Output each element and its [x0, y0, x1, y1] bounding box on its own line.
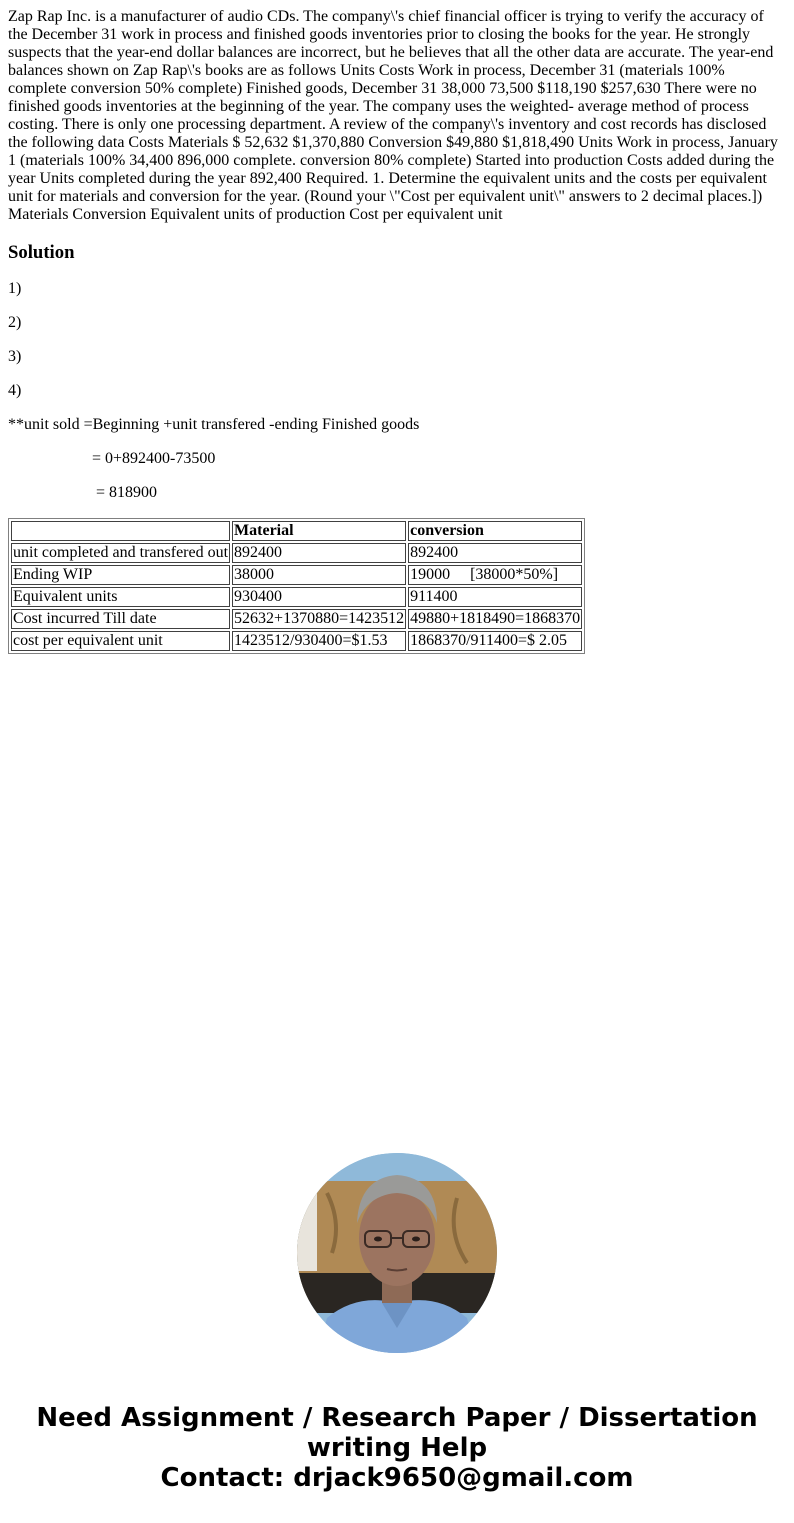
question-text: Zap Rap Inc. is a manufacturer of audio … [8, 8, 786, 224]
units-sold-substitution: = 0+892400-73500 [8, 450, 786, 468]
conversion-cell: 19000 [38000*50%] [408, 565, 582, 585]
units-sold-formula: **unit sold =Beginning +unit transfered … [8, 416, 786, 434]
step-1: 1) [8, 280, 786, 298]
banner-line-2: writing Help [0, 1433, 794, 1463]
table-row: Cost incurred Till date 52632+1370880=14… [11, 609, 582, 629]
conversion-cell: 49880+1818490=1868370 [408, 609, 582, 629]
table-row: Equivalent units 930400 911400 [11, 587, 582, 607]
header-cell-blank [11, 521, 230, 541]
header-cell-material: Material [232, 521, 406, 541]
conversion-cell: 1868370/911400=$ 2.05 [408, 631, 582, 651]
table-row: cost per equivalent unit 1423512/930400=… [11, 631, 582, 651]
row-label: cost per equivalent unit [11, 631, 230, 651]
header-cell-conversion: conversion [408, 521, 582, 541]
row-label: Equivalent units [11, 587, 230, 607]
contact-email: Contact: drjack9650@gmail.com [0, 1463, 794, 1493]
conversion-cell: 911400 [408, 587, 582, 607]
table-row: Ending WIP 38000 19000 [38000*50%] [11, 565, 582, 585]
step-3: 3) [8, 348, 786, 366]
equivalent-units-table: Material conversion unit completed and t… [8, 518, 585, 654]
row-label: Cost incurred Till date [11, 609, 230, 629]
material-cell: 1423512/930400=$1.53 [232, 631, 406, 651]
row-label: Ending WIP [11, 565, 230, 585]
material-cell: 892400 [232, 543, 406, 563]
step-2: 2) [8, 314, 786, 332]
material-cell: 38000 [232, 565, 406, 585]
avatar [297, 1153, 497, 1353]
document-body: Zap Rap Inc. is a manufacturer of audio … [0, 0, 794, 654]
table-row: unit completed and transfered out 892400… [11, 543, 582, 563]
units-sold-result: = 818900 [8, 484, 786, 502]
contact-banner: Need Assignment / Research Paper / Disse… [0, 1403, 794, 1493]
step-4: 4) [8, 382, 786, 400]
banner-line-1: Need Assignment / Research Paper / Disse… [0, 1403, 794, 1433]
material-cell: 52632+1370880=1423512 [232, 609, 406, 629]
table-header-row: Material conversion [11, 521, 582, 541]
conversion-cell: 892400 [408, 543, 582, 563]
material-cell: 930400 [232, 587, 406, 607]
row-label: unit completed and transfered out [11, 543, 230, 563]
solution-heading: Solution [8, 242, 786, 264]
person-photo-icon [297, 1153, 497, 1353]
